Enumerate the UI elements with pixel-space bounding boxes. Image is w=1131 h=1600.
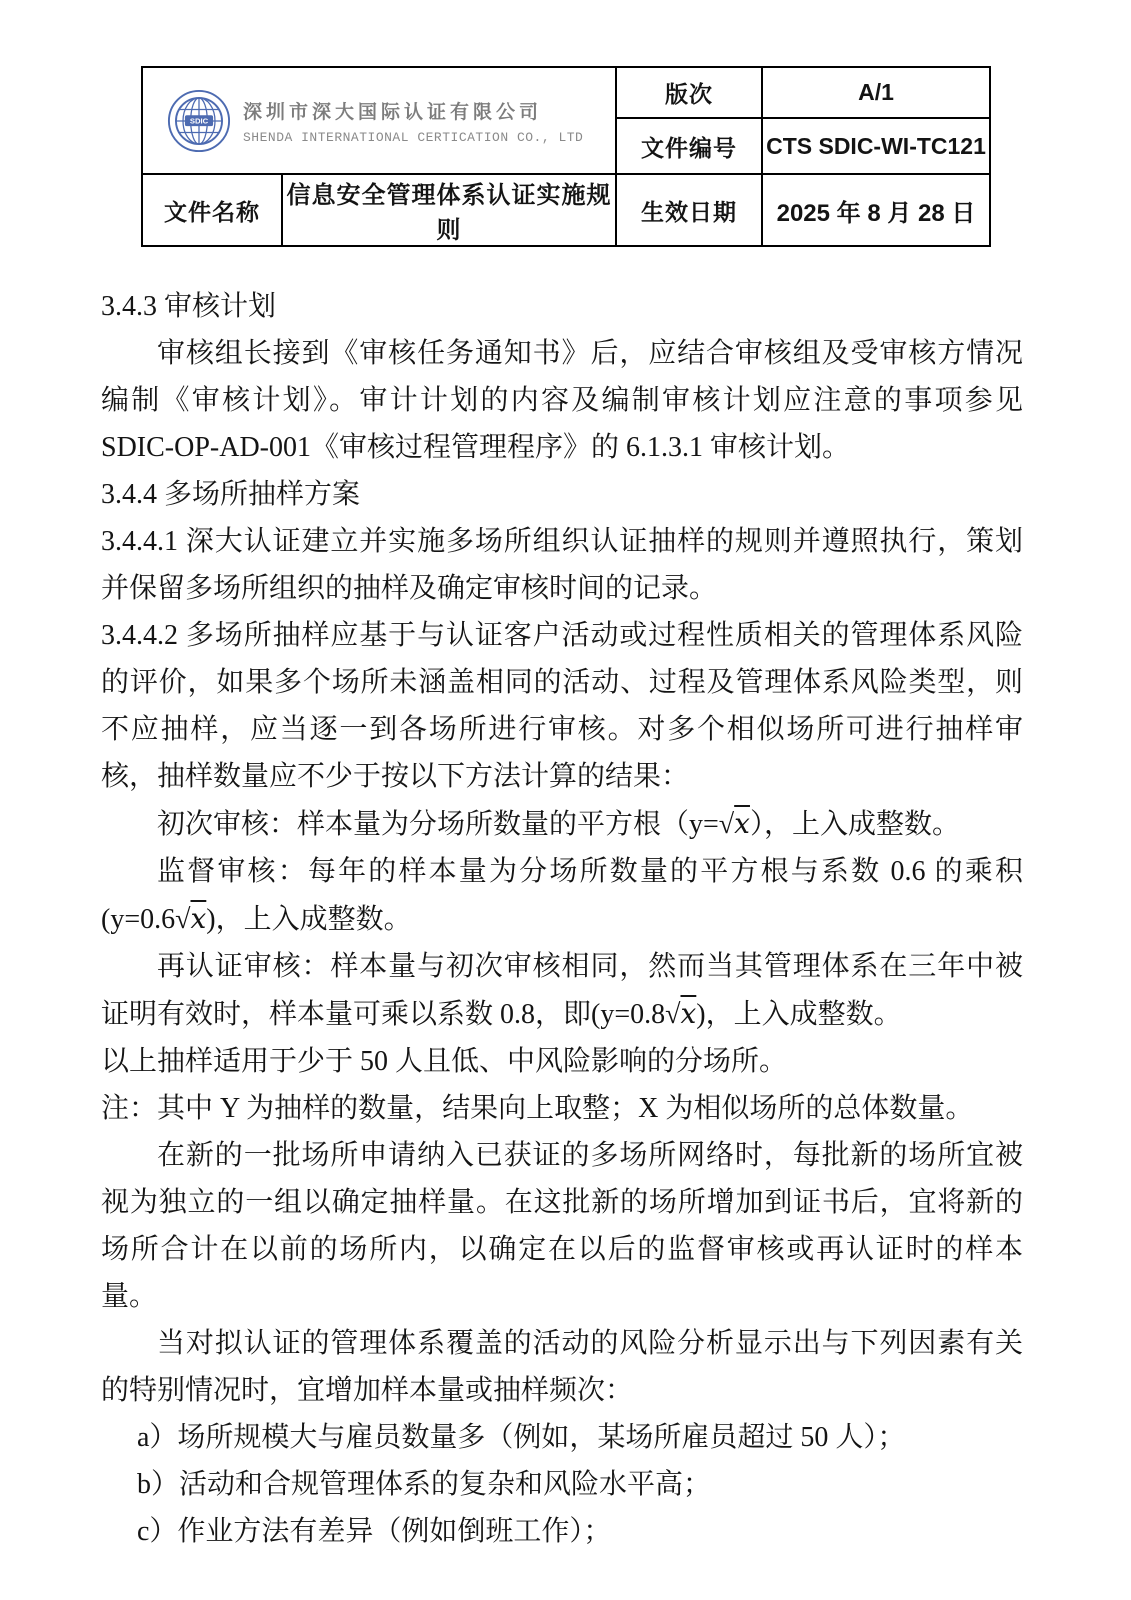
sqrt-x-formula: √x — [175, 904, 206, 935]
heading-3-4-4: 3.4.4 多场所抽样方案 — [101, 471, 1023, 518]
para-audit-plan: 审核组长接到《审核任务通知书》后，应结合审核组及受审核方情况编制《审核计划》。审… — [101, 330, 1023, 471]
sdic-globe-logo-icon: SDIC — [167, 89, 231, 153]
effective-date-value: 2025 年 8 月 28 日 — [762, 174, 990, 246]
version-value: A/1 — [762, 67, 990, 118]
para-surveillance-audit: 监督审核：每年的样本量为分场所数量的平方根与系数 0.6 的乘积(y=0.6√x… — [101, 848, 1023, 943]
para-recert-audit: 再认证审核：样本量与初次审核相同，然而当其管理体系在三年中被证明有效时，样本量可… — [101, 943, 1023, 1038]
para-applicability: 以上抽样适用于少于 50 人且低、中风险影响的分场所。 — [101, 1038, 1023, 1085]
heading-3-4-3: 3.4.3 审核计划 — [101, 283, 1023, 330]
doc-no-label: 文件编号 — [616, 118, 762, 174]
doc-name-value: 信息安全管理体系认证实施规则 — [282, 174, 616, 246]
para-3-4-4-1: 3.4.4.1 深大认证建立并实施多场所组织认证抽样的规则并遵照执行，策划并保留… — [101, 518, 1023, 612]
para-initial-audit: 初次审核：样本量为分场所数量的平方根（y=√x），上入成整数。 — [101, 800, 1023, 848]
version-label: 版次 — [616, 67, 762, 118]
doc-no-value: CTS SDIC-WI-TC121 — [762, 118, 990, 174]
para-note: 注：其中 Y 为抽样的数量，结果向上取整；X 为相似场所的总体数量。 — [101, 1085, 1023, 1132]
effective-date-label: 生效日期 — [616, 174, 762, 246]
logo-block: SDIC 深圳市深大国际认证有限公司 SHENDA INTERNATIONAL … — [143, 89, 615, 153]
document-body: 3.4.3 审核计划 审核组长接到《审核任务通知书》后，应结合审核组及受审核方情… — [101, 283, 1023, 1555]
logo-sdic-text: SDIC — [190, 116, 209, 125]
list-item-b: b）活动和合规管理体系的复杂和风险水平高； — [101, 1461, 1023, 1508]
list-item-a: a）场所规模大与雇员数量多（例如，某场所雇员超过 50 人）； — [101, 1414, 1023, 1461]
logo-cell: SDIC 深圳市深大国际认证有限公司 SHENDA INTERNATIONAL … — [142, 67, 616, 174]
list-item-c: c）作业方法有差异（例如倒班工作）； — [101, 1508, 1023, 1555]
para-risk-factors: 当对拟认证的管理体系覆盖的活动的风险分析显示出与下列因素有关的特别情况时，宜增加… — [101, 1320, 1023, 1414]
doc-name-label: 文件名称 — [142, 174, 282, 246]
sqrt-x-formula: √x — [665, 999, 696, 1030]
sqrt-x-formula: √x — [719, 809, 750, 840]
document-page: { "header": { "logo": { "icon": "sdic-gl… — [0, 0, 1131, 1600]
company-name-cn: 深圳市深大国际认证有限公司 — [243, 97, 583, 124]
para-new-sites: 在新的一批场所申请纳入已获证的多场所网络时，每批新的场所宜被视为独立的一组以确定… — [101, 1132, 1023, 1320]
company-name-block: 深圳市深大国际认证有限公司 SHENDA INTERNATIONAL CERTI… — [243, 97, 583, 145]
document-header-table: SDIC 深圳市深大国际认证有限公司 SHENDA INTERNATIONAL … — [141, 66, 991, 247]
company-name-en: SHENDA INTERNATIONAL CERTICATION CO., LT… — [243, 130, 583, 145]
para-3-4-4-2: 3.4.4.2 多场所抽样应基于与认证客户活动或过程性质相关的管理体系风险的评价… — [101, 612, 1023, 800]
